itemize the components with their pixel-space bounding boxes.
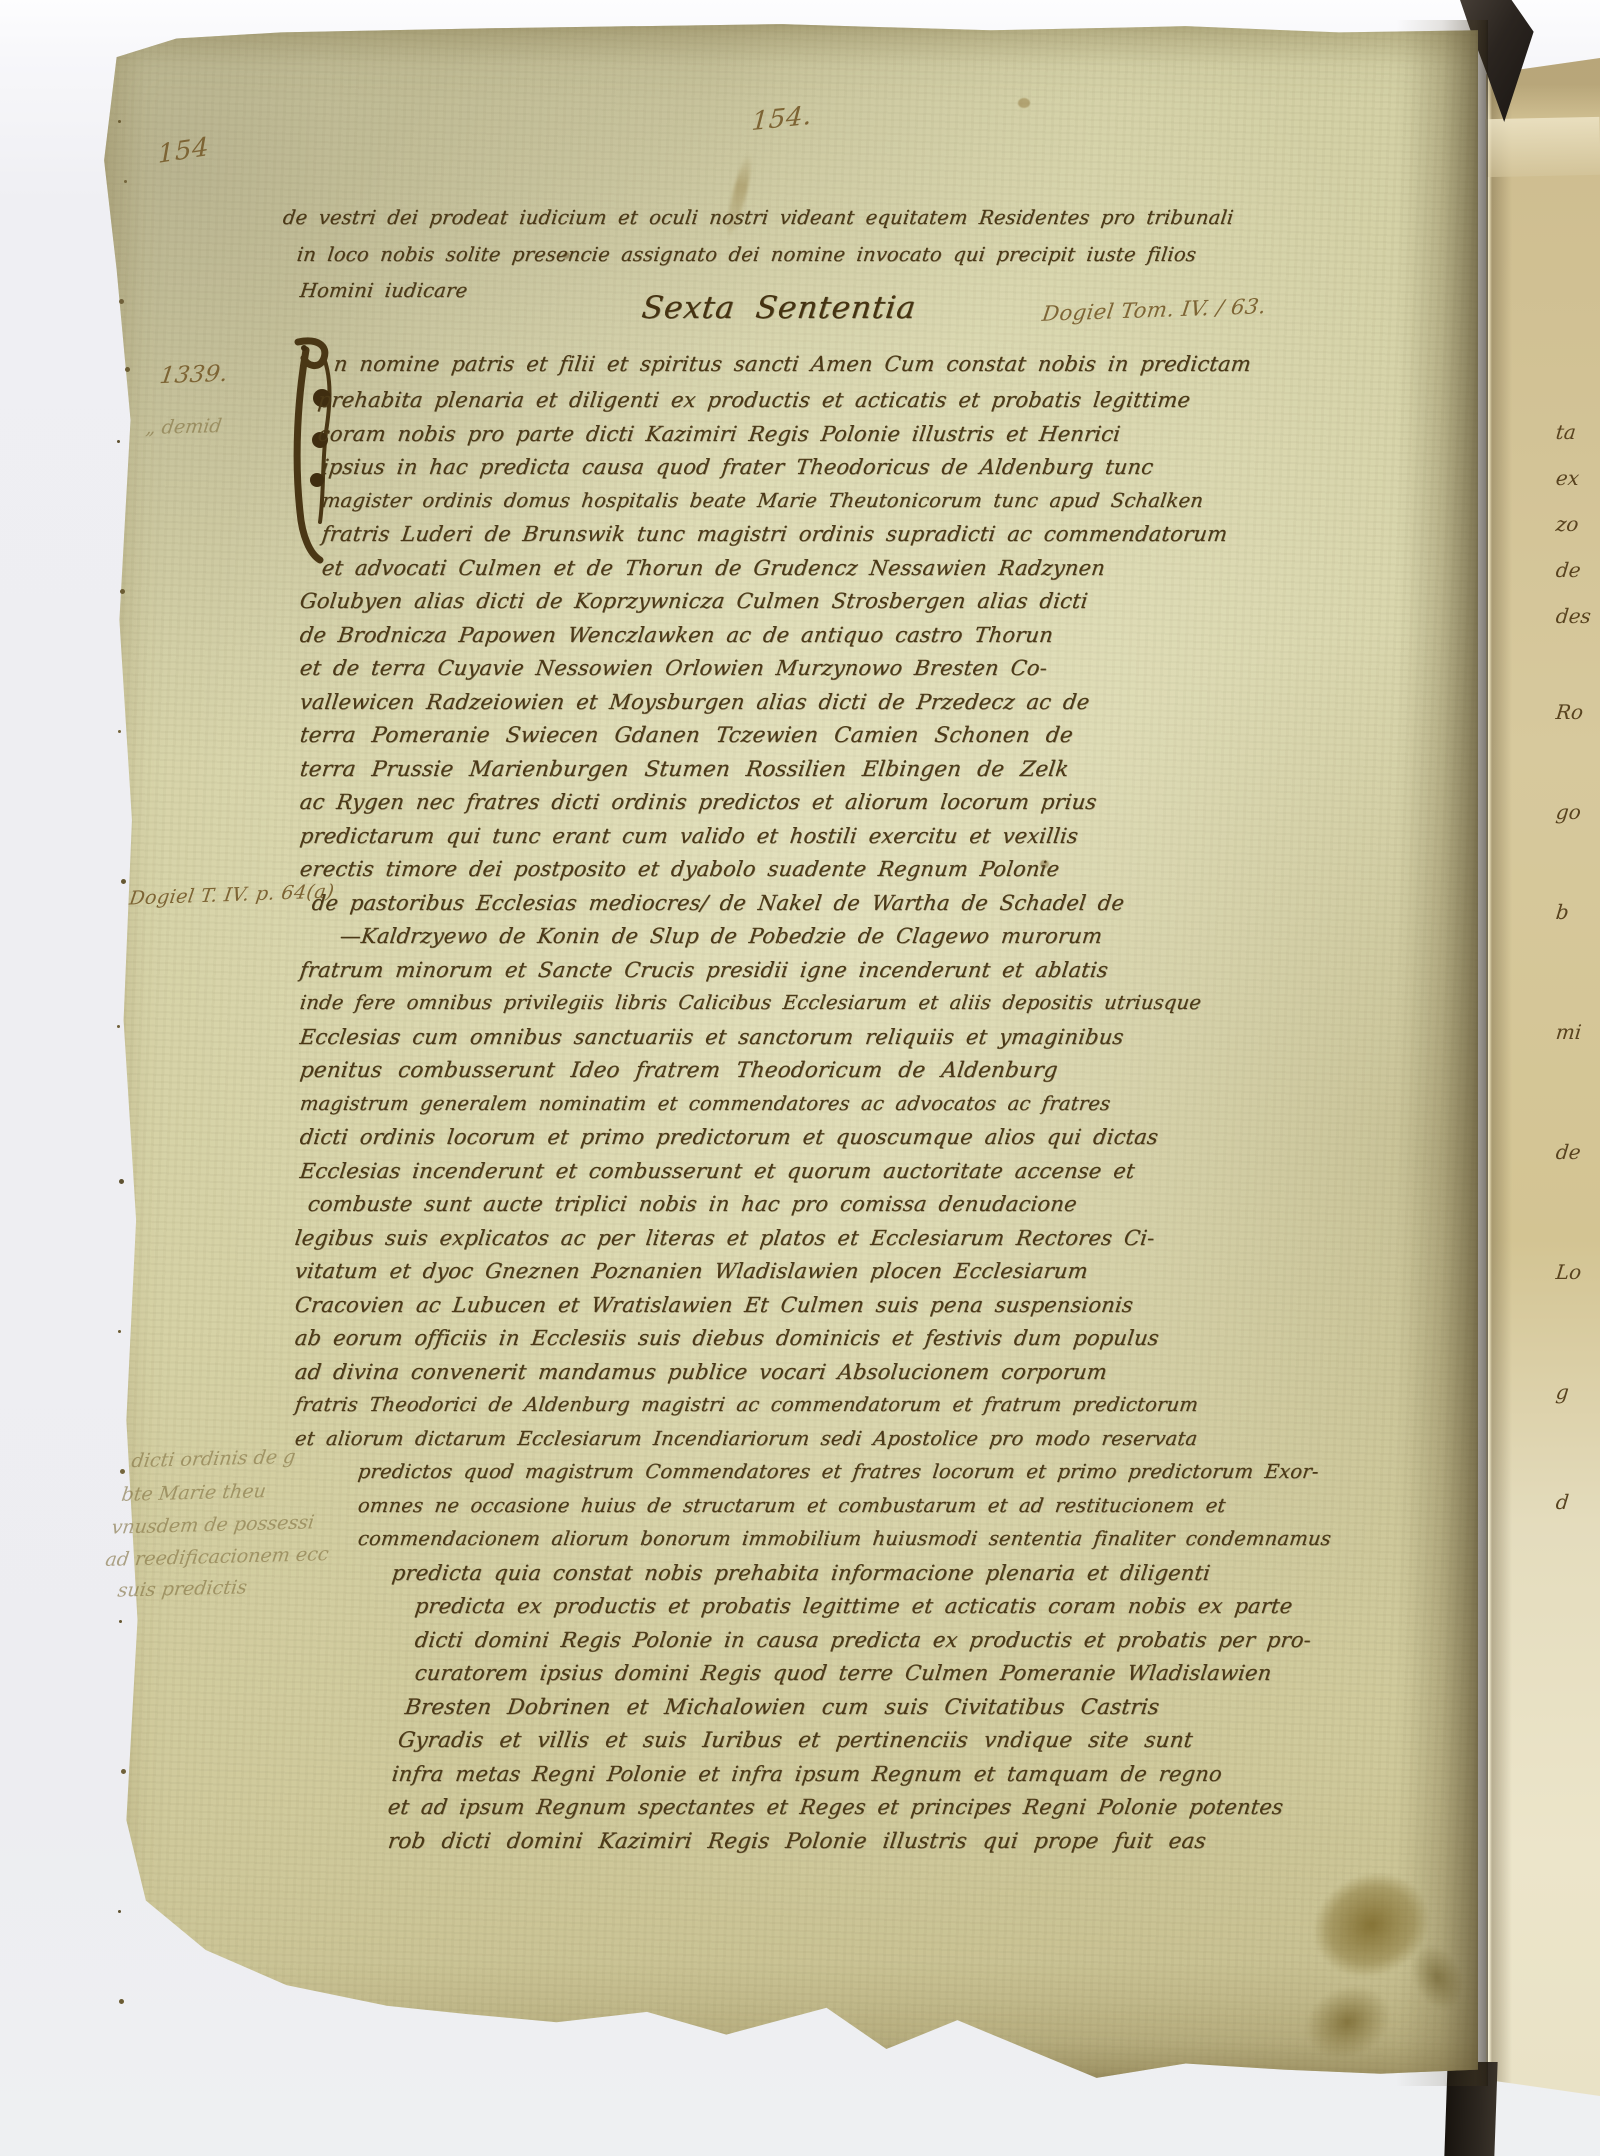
small-stain-spot (1018, 98, 1030, 108)
body-line: fratris Theodorici de Aldenburg magistri… (294, 1393, 1200, 1416)
body-line: penitus combusserunt Ideo fratrem Theodo… (298, 1058, 1059, 1083)
facing-page-text-fragment: mi (1555, 1020, 1583, 1044)
body-line: erectis timore dei postposito et dyabolo… (299, 857, 1061, 881)
facing-page-text-fragment: go (1555, 800, 1582, 824)
body-line: Ecclesias incenderunt et combusserunt et… (299, 1159, 1137, 1183)
body-line: commendacionem aliorum bonorum immobiliu… (357, 1527, 1333, 1550)
body-line: inde fere omnibus privilegiis libris Cal… (299, 991, 1203, 1014)
facing-page-repair-patch (1485, 117, 1600, 177)
margin-note-faded: dicti ordinis de g (130, 1446, 297, 1472)
body-line: magistrum generalem nominatim et commend… (299, 1092, 1112, 1115)
facing-page-text-fragment: de (1555, 558, 1582, 582)
binding-board (1444, 2062, 1497, 2156)
body-line: dicti ordinis locorum et primo predictor… (299, 1125, 1160, 1149)
body-line: dicti domini Regis Polonie in causa pred… (414, 1628, 1313, 1652)
margin-note-faded: suis predictis (116, 1576, 248, 1601)
body-line: curatorem ipsius domini Regis quod terre… (414, 1661, 1273, 1685)
intro-line: in loco nobis solite presencie assignato… (296, 243, 1198, 266)
manuscript-photo: ta ex zo de des Ro go b mi de Lo g d 154… (0, 0, 1600, 2156)
body-line: predictos quod magistrum Commendatores e… (357, 1460, 1321, 1483)
facing-page-edge (1486, 58, 1600, 2096)
body-line: predicta quia constat nobis prehabita in… (391, 1561, 1212, 1585)
facing-page-text-fragment: d (1555, 1490, 1570, 1514)
body-line: ipsius in hac predicta causa quod frater… (321, 455, 1155, 479)
body-line: prehabita plenaria et diligenti ex produ… (317, 388, 1192, 412)
body-line: predicta ex productis et probatis legitt… (414, 1594, 1294, 1618)
body-line: predictarum qui tunc erant cum valido et… (299, 824, 1080, 848)
body-line: ad divina convenerit mandamus publice vo… (294, 1360, 1109, 1384)
facing-page-text-fragment: Ro (1555, 700, 1585, 724)
margin-note-year: 1339. (158, 361, 230, 389)
body-line: vitatum et dyoc Gneznen Poznanien Wladis… (294, 1259, 1090, 1283)
body-line: ac Rygen nec fratres dicti ordinis predi… (299, 790, 1099, 814)
body-line: infra metas Regni Polonie et infra ipsum… (391, 1762, 1224, 1786)
body-line: fratrum minorum et Sancte Crucis presidi… (299, 958, 1110, 982)
facing-page-text-fragment: zo (1555, 512, 1580, 536)
body-line: rob dicti domini Kazimiri Regis Polonie … (386, 1829, 1207, 1854)
margin-note-faded: bte Marie theu (120, 1480, 267, 1506)
facing-page-text-fragment: ex (1555, 466, 1581, 490)
body-line: coram nobis pro parte dicti Kazimiri Reg… (317, 422, 1122, 446)
body-line: Bresten Dobrinen et Michalowien cum suis… (403, 1695, 1160, 1720)
intro-line: Homini iudicare (299, 279, 469, 302)
facing-page-text-fragment: des (1555, 604, 1592, 628)
body-line: Golubyen alias dicti de Koprzywnicza Cul… (299, 589, 1090, 613)
margin-note-deinde: „ demid (144, 415, 223, 439)
body-line: et de terra Cuyavie Nessowien Orlowien M… (299, 656, 1049, 680)
body-line: et advocati Culmen et de Thorun de Grude… (321, 556, 1107, 580)
body-line: Gyradis et villis et suis Iuribus et per… (396, 1728, 1194, 1753)
heading-sexta-sententia: Sexta Sententia (640, 290, 918, 326)
body-line: de pastoribus Ecclesias mediocres/ de Na… (311, 891, 1126, 915)
facing-page-text-fragment: b (1555, 900, 1570, 924)
body-line: fratris Luderi de Brunswik tunc magistri… (321, 522, 1229, 546)
facing-page-text-fragment: ta (1555, 420, 1577, 444)
body-line: vallewicen Radzeiowien et Moysburgen ali… (299, 690, 1091, 714)
body-line: n nomine patris et filii et spiritus san… (333, 352, 1253, 376)
intro-line: de vestri dei prodeat iudicium et oculi … (282, 206, 1235, 229)
body-line: magister ordinis domus hospitalis beate … (321, 489, 1205, 512)
body-line: et aliorum dictarum Ecclesiarum Incendia… (294, 1427, 1199, 1450)
body-line: —Kaldrzyewo de Konin de Slup de Pobedzie… (339, 924, 1104, 948)
facing-page-text-fragment: g (1555, 1380, 1570, 1404)
facing-page-text-fragment: Lo (1555, 1260, 1583, 1284)
body-line: omnes ne occasione huius de structarum e… (357, 1494, 1227, 1517)
body-line: et ad ipsum Regnum spectantes et Reges e… (387, 1795, 1285, 1819)
body-line: de Brodnicza Papowen Wenczlawken ac de a… (299, 623, 1055, 647)
body-line: terra Prussie Marienburgen Stumen Rossil… (298, 757, 1070, 782)
page-edge-specks (118, 120, 121, 123)
body-line: ab eorum officiis in Ecclesiis suis dieb… (294, 1326, 1161, 1350)
body-line: Ecclesias cum omnibus sanctuariis et san… (299, 1025, 1126, 1049)
body-line: combuste sunt aucte triplici nobis in ha… (307, 1192, 1079, 1216)
body-line: legibus suis explicatos ac per literas e… (294, 1226, 1156, 1250)
body-line: Cracovien ac Lubucen et Wratislawien Et … (294, 1293, 1135, 1317)
facing-page-text-fragment: de (1555, 1140, 1582, 1164)
body-line: terra Pomeranie Swiecen Gdanen Tczewien … (298, 723, 1074, 748)
